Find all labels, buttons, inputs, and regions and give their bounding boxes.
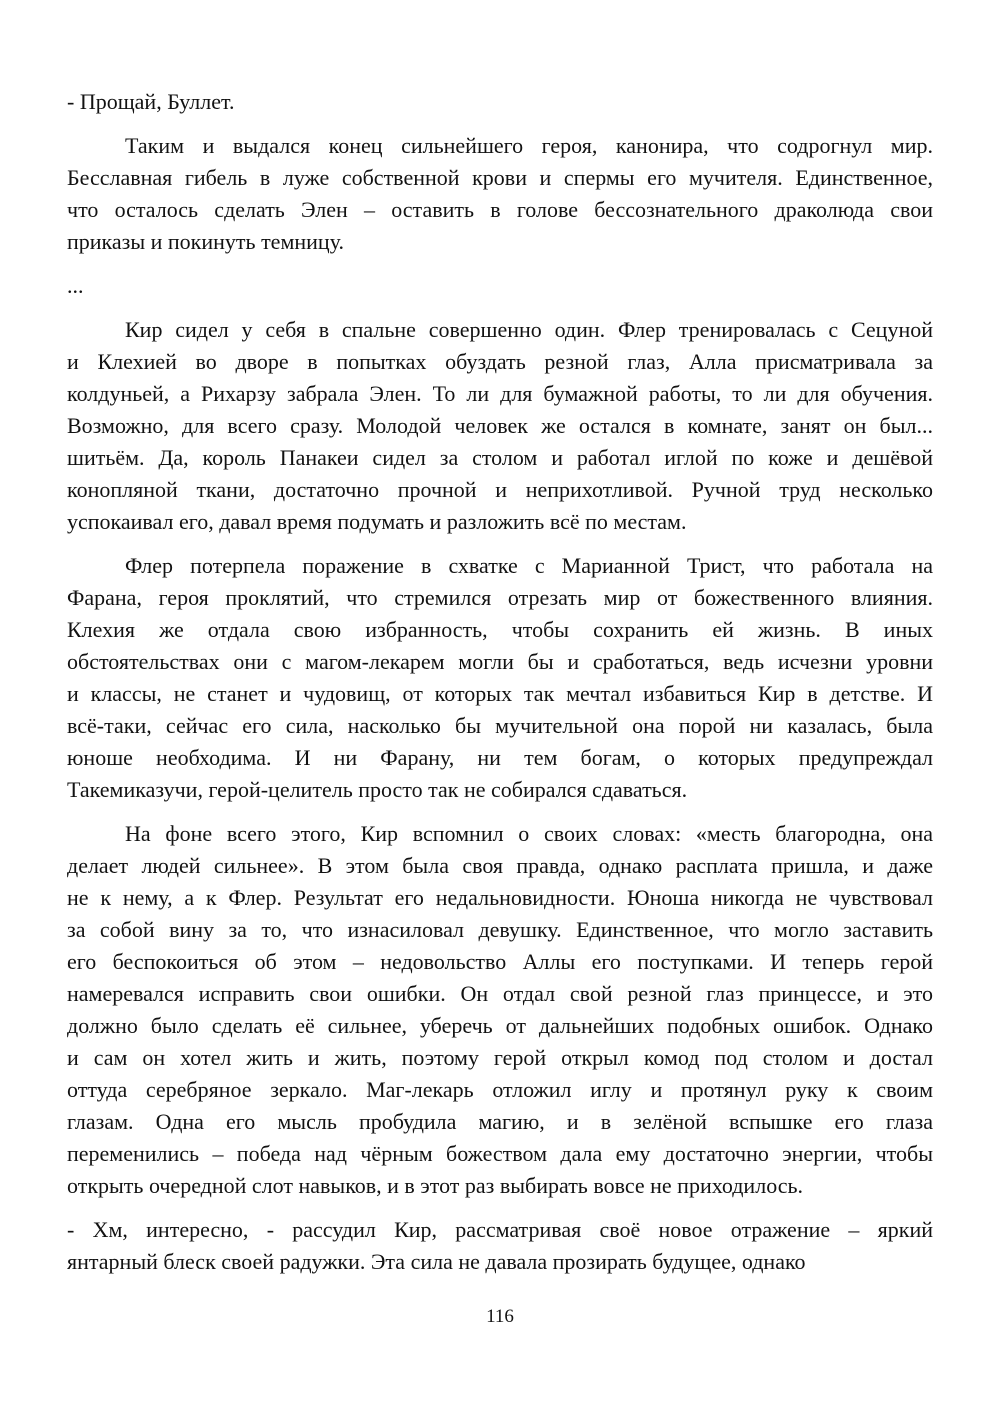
text-line: за собой вину за то, что изнасиловал дев… [67, 914, 933, 946]
page-number: 116 [0, 1305, 1000, 1329]
text-line: Бесславная гибель в луже собственной кро… [67, 162, 933, 194]
text-line: шитьём. Да, король Панакеи сидел за стол… [67, 442, 933, 474]
paragraph-body: Кир сидел у себя в спальне совершенно од… [67, 314, 933, 538]
document-page: - Прощай, Буллет.Таким и выдался конец с… [0, 0, 1000, 1414]
text-line: и Клехией во дворе в попытках обуздать р… [67, 346, 933, 378]
text-line: и сам он хотел жить и жить, поэтому геро… [67, 1042, 933, 1074]
text-line: колдуньей, а Рихарзу забрала Элен. То ли… [67, 378, 933, 410]
text-line: и классы, не станет и чудовищ, от которы… [67, 678, 933, 710]
text-line: что осталось сделать Элен – оставить в г… [67, 194, 933, 226]
text-line: не к нему, а к Флер. Результат его недал… [67, 882, 933, 914]
text-line: всё-таки, сейчас его сила, насколько бы … [67, 710, 933, 742]
text-line: переменились – победа над чёрным божеств… [67, 1138, 933, 1170]
text-line: На фоне всего этого, Кир вспомнил о свои… [67, 818, 933, 850]
text-line: намеревался исправить свои ошибки. Он от… [67, 978, 933, 1010]
text-line: юноше необходима. И ни Фарану, ни тем бо… [67, 742, 933, 774]
text-line: успокаивал его, давал время подумать и р… [67, 506, 933, 538]
text-line: конопляной ткани, достаточно прочной и н… [67, 474, 933, 506]
paragraph-dialogue: - Хм, интересно, - рассудил Кир, рассмат… [67, 1214, 933, 1278]
text-line: его беспокоиться об этом – недовольство … [67, 946, 933, 978]
paragraph-body: На фоне всего этого, Кир вспомнил о свои… [67, 818, 933, 1202]
text-line: Такемиказучи, герой-целитель просто так … [67, 774, 933, 806]
text-line: глазам. Одна его мысль пробудила магию, … [67, 1106, 933, 1138]
text-line: обстоятельствах они с магом-лекарем могл… [67, 646, 933, 678]
text-line: должно было сделать её сильнее, уберечь … [67, 1010, 933, 1042]
paragraph-body: Таким и выдался конец сильнейшего героя,… [67, 130, 933, 258]
text-line: Клехия же отдала свою избранность, чтобы… [67, 614, 933, 646]
text-line: ... [67, 270, 933, 302]
text-line: янтарный блеск своей радужки. Эта сила н… [67, 1246, 933, 1278]
text-line: Фарана, героя проклятий, что стремился о… [67, 582, 933, 614]
text-line: приказы и покинуть темницу. [67, 226, 933, 258]
text-line: делает людей сильнее». В этом была своя … [67, 850, 933, 882]
text-line: оттуда серебряное зеркало. Маг-лекарь от… [67, 1074, 933, 1106]
text-body: - Прощай, Буллет.Таким и выдался конец с… [67, 86, 933, 1278]
text-line: открыть очередной слот навыков, и в этот… [67, 1170, 933, 1202]
text-line: Флер потерпела поражение в схватке с Мар… [67, 550, 933, 582]
paragraph-body: Флер потерпела поражение в схватке с Мар… [67, 550, 933, 806]
text-line: Возможно, для всего сразу. Молодой челов… [67, 410, 933, 442]
text-line: Таким и выдался конец сильнейшего героя,… [67, 130, 933, 162]
paragraph-dialogue: - Прощай, Буллет. [67, 86, 933, 118]
text-line: - Прощай, Буллет. [67, 86, 933, 118]
paragraph-separator: ... [67, 270, 933, 302]
text-line: - Хм, интересно, - рассудил Кир, рассмат… [67, 1214, 933, 1246]
text-line: Кир сидел у себя в спальне совершенно од… [67, 314, 933, 346]
